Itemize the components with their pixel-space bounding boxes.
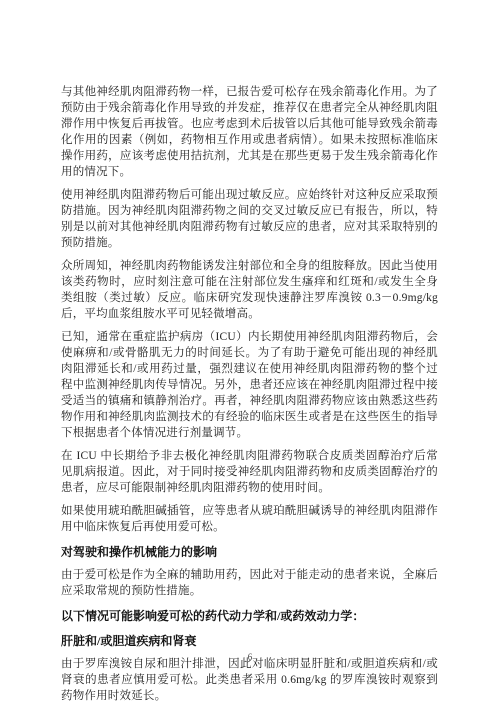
paragraph-hepatic-renal-caution: 由于罗库溴铵自尿和胆汁排泄，因此对临床明显肝脏和/或胆道疾病和/或肾衰的患者应慎… (61, 656, 438, 704)
paragraph-anaphylaxis: 使用神经肌肉阻滞药物后可能出现过敏反应。应始终针对这种反应采取预防措施。因为神经… (61, 187, 438, 251)
page-number: 6 (0, 652, 500, 662)
section-heading-driving-machinery: 对驾驶和操作机械能力的影响 (61, 544, 438, 560)
paragraph-suxamethonium-intubation: 如果使用琥珀酰胆碱插管，应等患者从琥珀酰胆碱诱导的神经肌肉阻滞作用中临床恢复后再… (61, 503, 438, 535)
section-heading-pharmacokinetics: 以下情况可能影响爱可松的药代动力学和/或药效动力学： (61, 608, 438, 624)
document-page: 与其他神经肌肉阻滞药物一样，已报告爱可松存在残余箭毒化作用。为了预防由于残余箭毒… (0, 0, 500, 707)
paragraph-anesthesia-precautions: 由于爱可松是作为全麻的辅助用药，因此对于能走动的患者来说，全麻后应采取常规的预防… (61, 567, 438, 599)
page-body: 与其他神经肌肉阻滞药物一样，已报告爱可松存在残余箭毒化作用。为了预防由于残余箭毒… (61, 84, 438, 707)
paragraph-corticosteroid-myopathy: 在 ICU 中长期给予非去极化神经肌肉阻滞药物联合皮质类固醇治疗后常见肌病报道。… (61, 448, 438, 496)
paragraph-residual-curarization: 与其他神经肌肉阻滞药物一样，已报告爱可松存在残余箭毒化作用。为了预防由于残余箭毒… (61, 84, 438, 180)
paragraph-icu-monitoring: 已知，通常在重症监护病房（ICU）内长期使用神经肌肉阻滞药物后，会使麻痹和/或骨… (61, 329, 438, 441)
section-heading-hepatic-renal: 肝脏和/或胆道疾病和肾衰 (61, 633, 438, 649)
paragraph-histamine-release: 众所周知，神经肌肉药物能诱发注射部位和全身的组胺释放。因此当使用该类药物时，应时… (61, 258, 438, 322)
